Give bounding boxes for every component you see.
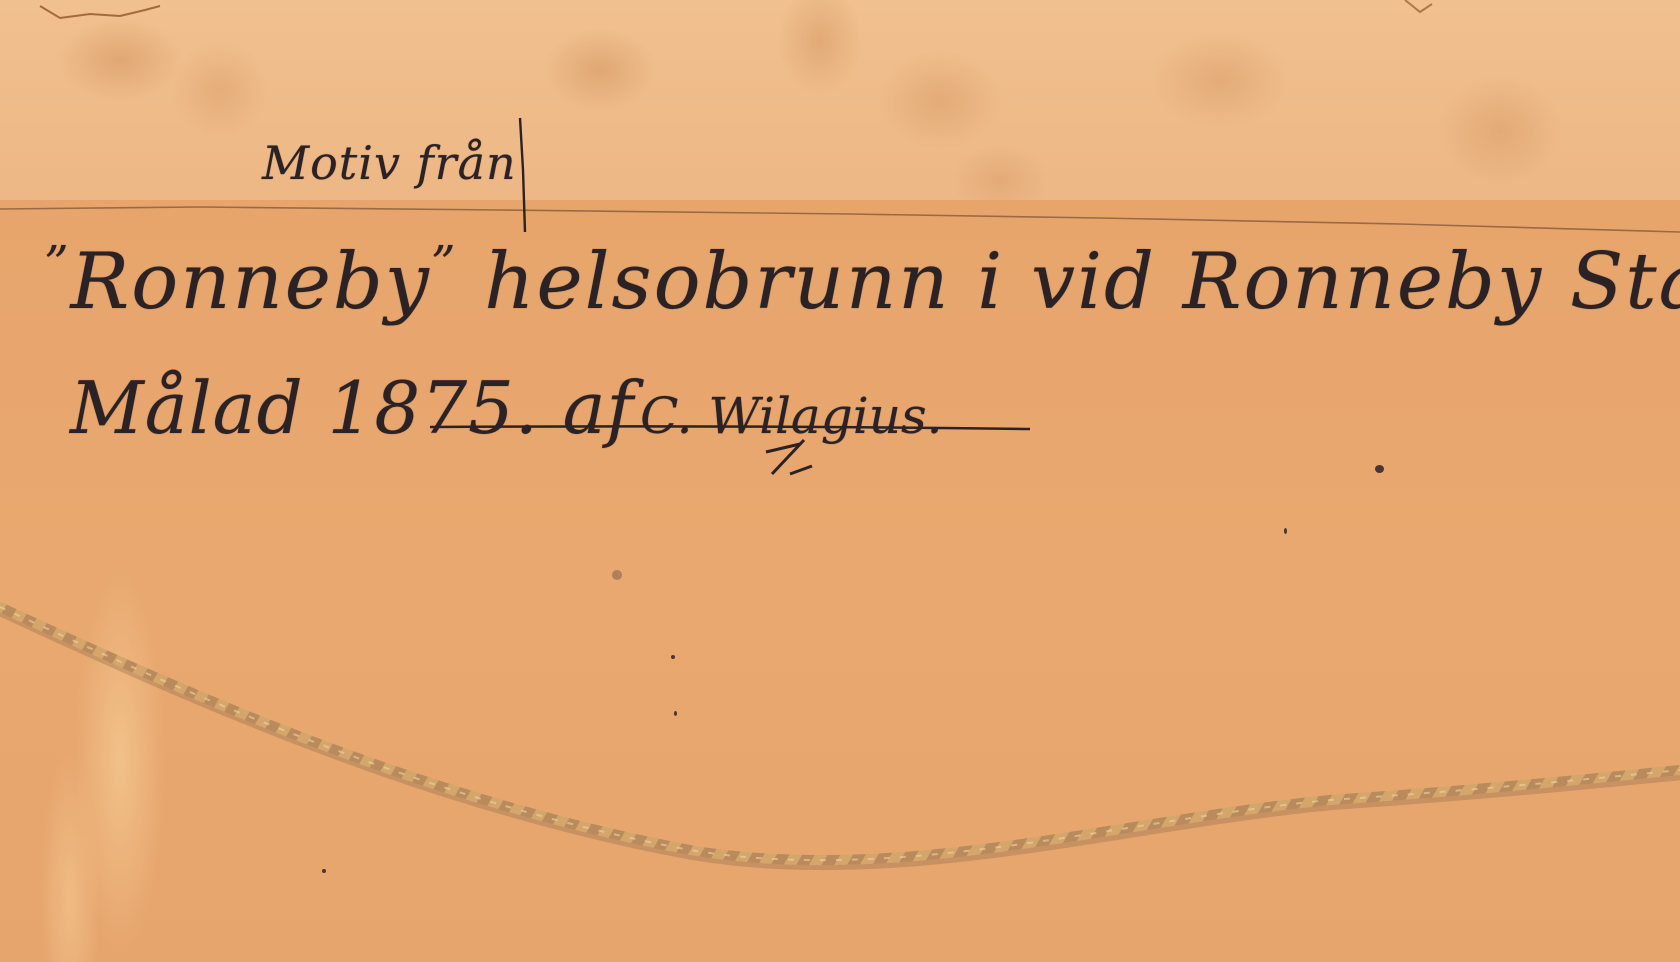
inscription-line-1: ”Ronneby” helsobrunn i vid Ronneby Stad.	[44, 236, 1680, 327]
ink-speck	[1284, 528, 1287, 534]
place-name: Ronneby	[71, 237, 431, 327]
artist-signature: C. Wilagius.	[640, 387, 942, 445]
ink-speck	[322, 869, 326, 873]
close-quote: ”	[431, 236, 458, 292]
open-quote: ”	[44, 236, 71, 292]
place-description: helsobrunn i vid Ronneby Stad.	[457, 237, 1680, 327]
ink-speck	[674, 711, 677, 716]
upper-paper-strip	[0, 0, 1680, 230]
ink-speck	[1375, 465, 1384, 473]
ink-speck	[671, 655, 675, 659]
inscription-heading: Motiv från	[262, 136, 517, 190]
inscription-line-2: Målad 1875. afC. Wilagius.	[70, 366, 943, 450]
painted-date: Målad 1875. af	[70, 366, 634, 450]
ink-speck	[612, 570, 622, 580]
painting-back-photo: Motiv från ”Ronneby” helsobrunn i vid Ro…	[0, 0, 1680, 962]
